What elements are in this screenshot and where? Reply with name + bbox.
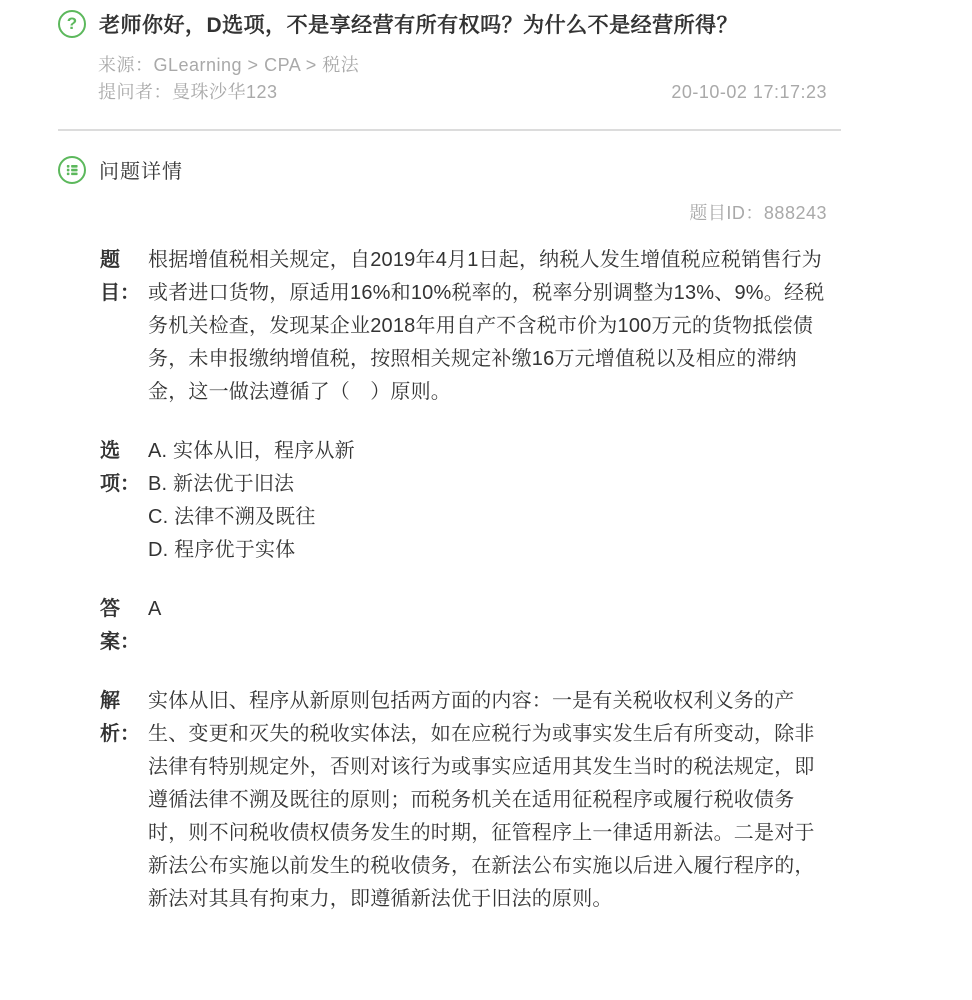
list-icon [58,156,86,184]
title-row: ? 老师你好，D选项，不是享经营有所有权吗？为什么不是经营所得？ [58,9,972,39]
asker: 提问者：曼珠沙华123 [98,79,278,106]
source-line: 来源：GLearning > CPA > 税法 [98,52,827,79]
question-text: 根据增值税相关规定，自2019年4月1日起，纳税人发生增值税应税销售行为或者进口… [148,244,827,409]
section-header: 问题详情 [58,155,972,184]
option-d: D. 程序优于实体 [148,534,827,567]
question-details-section: 问题详情 题目ID：888243 题 目： 根据增值税相关规定，自2019年4月… [58,155,972,916]
question-id: 题目ID：888243 [58,202,841,224]
timestamp: 20-10-02 17:17:23 [671,79,827,106]
question-detail-page: ? 老师你好，D选项，不是享经营有所有权吗？为什么不是经营所得？ 来源：GLea… [0,0,972,1000]
divider [58,129,841,131]
section-title: 问题详情 [99,155,183,184]
list-icon-glyph [60,156,84,184]
asker-name: 曼珠沙华123 [172,82,278,102]
asker-line: 提问者：曼珠沙华123 20-10-02 17:17:23 [98,79,827,106]
analysis-block: 解 析： 实体从旧、程序从新原则包括两方面的内容：一是有关税收权利义务的产生、变… [100,685,827,916]
analysis-text: 实体从旧、程序从新原则包括两方面的内容：一是有关税收权利义务的产生、变更和灭失的… [148,685,827,916]
question-mark-glyph: ? [67,15,77,32]
option-b: B. 新法优于旧法 [148,468,827,501]
breadcrumb: GLearning > CPA > 税法 [154,55,360,75]
question-label: 题 目： [100,244,148,409]
options-block: 选 项： A. 实体从旧，程序从新 B. 新法优于旧法 C. 法律不溯及既往 D… [100,435,827,567]
question-header: ? 老师你好，D选项，不是享经营有所有权吗？为什么不是经营所得？ 来源：GLea… [58,9,972,106]
source-label: 来源： [98,55,154,75]
page-title: 老师你好，D选项，不是享经营有所有权吗？为什么不是经营所得？ [99,9,738,39]
question-meta: 来源：GLearning > CPA > 税法 提问者：曼珠沙华123 20-1… [98,52,827,106]
option-c: C. 法律不溯及既往 [148,501,827,534]
question-block: 题 目： 根据增值税相关规定，自2019年4月1日起，纳税人发生增值税应税销售行… [100,244,827,409]
option-a: A. 实体从旧，程序从新 [148,435,827,468]
question-id-label: 题目ID： [689,203,764,223]
options-label: 选 项： [100,435,148,567]
analysis-label: 解 析： [100,685,148,916]
question-mark-icon: ? [58,10,86,38]
asker-label: 提问者： [98,82,172,102]
answer-block: 答 案： A [100,593,827,659]
options-list: A. 实体从旧，程序从新 B. 新法优于旧法 C. 法律不溯及既往 D. 程序优… [148,435,827,567]
question-id-value: 888243 [764,203,827,223]
answer-label: 答 案： [100,593,148,659]
answer-text: A [148,593,827,659]
